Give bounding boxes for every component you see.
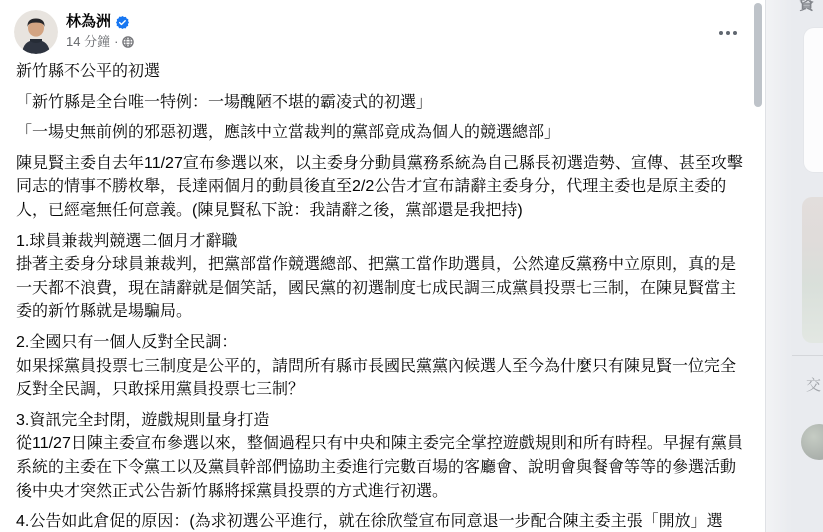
post-paragraph: 3.資訊完全封閉，遊戲規則量身打造 從11/27日陳主委宣布參選以來，整個過程只… [16,409,749,503]
more-options-button[interactable] [713,22,743,44]
post-paragraph: 「新竹縣是全台唯一特例：一場醜陋不堪的霸凌式的初選」 [16,91,749,115]
more-options-icon [719,31,737,35]
post-paragraph: 「一場史無前例的邪惡初選，應該中立當裁判的黨部竟成為個人的競選總部」 [16,121,749,145]
meta-separator: · [114,34,118,50]
post-content: 新竹縣不公平的初選 「新竹縣是全台唯一特例：一場醜陋不堪的霸凌式的初選」 「一場… [0,58,765,532]
divider [792,355,823,356]
verified-badge-icon [116,16,129,29]
author-name[interactable]: 林為洲 [66,12,111,32]
background-contact-avatar [801,424,823,460]
scrollbar-thumb[interactable] [754,3,762,107]
post-paragraph: 2.全國只有一個人反對全民調： 如果採黨員投票七三制度是公平的，請問所有縣市長國… [16,331,749,402]
post-header-info: 林為洲 14 分鐘 · [66,10,134,50]
author-avatar[interactable] [14,10,58,54]
globe-icon [122,36,134,48]
author-name-row: 林為洲 [66,12,134,32]
scrollbar[interactable] [748,0,765,532]
post-meta: 14 分鐘 · [66,34,134,50]
post-paragraph: 1.球員兼裁判競選二個月才辭職 掛著主委身分球員兼裁判，把黨部當作競選總部、把黨… [16,230,749,324]
post-paragraph: 4.公告如此倉促的原因：(為求初選公平進行，就在徐欣瑩宣布同意退一步配合陳主委主… [16,510,749,532]
background-contacts-label: 交 [806,374,821,395]
background-card [804,28,823,172]
post-paragraph: 陳見賢主委自去年11/27宣布參選以來，以主委身分動員黨務系統為自己縣長初選造勢… [16,152,749,223]
post-paragraph: 新竹縣不公平的初選 [16,60,749,84]
background-text-fragment: 資 [799,0,814,14]
post-timestamp[interactable]: 14 分鐘 [66,34,110,50]
post-header: 林為洲 14 分鐘 · [0,0,765,58]
facebook-post-view: 林為洲 14 分鐘 · [0,0,823,532]
post-dialog: 林為洲 14 分鐘 · [0,0,765,532]
background-photo [802,197,823,343]
dimmed-background-sidebar: 資 交 [765,0,823,532]
